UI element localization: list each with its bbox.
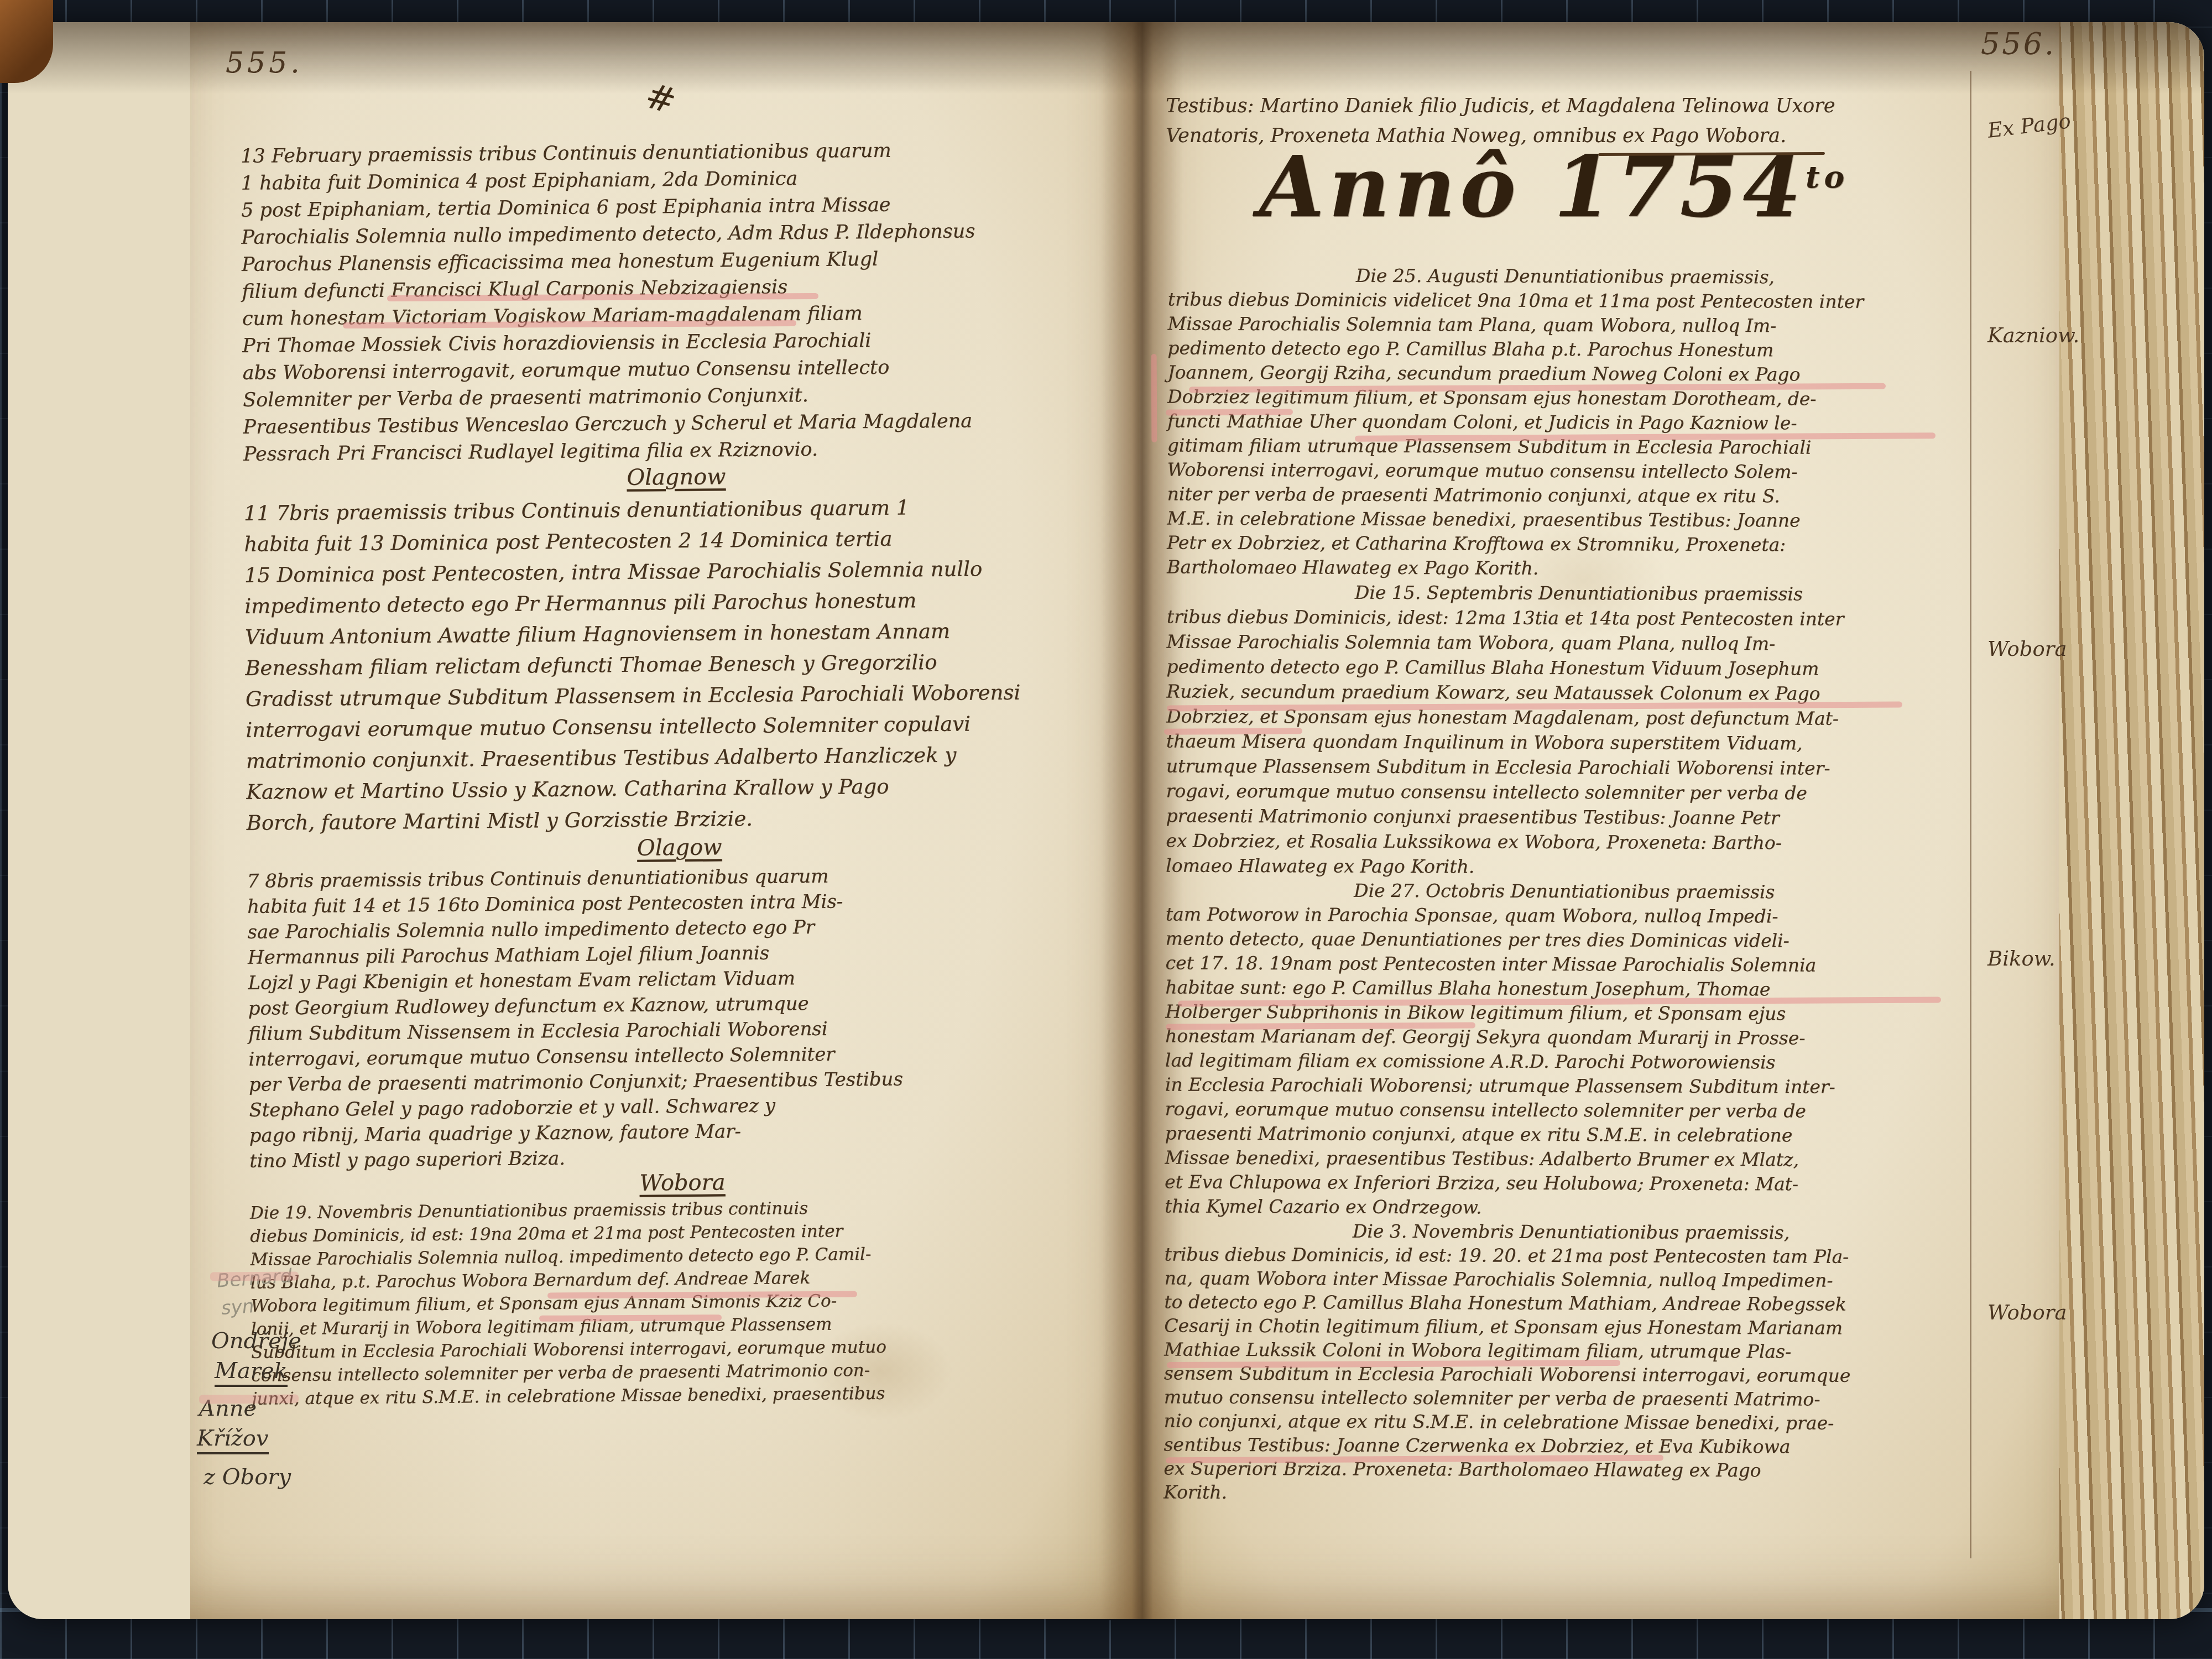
margin-note-wobora-2: Wobora [1987,1301,2067,1324]
text-line: lad legitimam filiam ex comissione A.R.D… [1165,1048,1970,1075]
text-line: pedimento detecto ego P. Camillus Blaha … [1167,336,1972,363]
red-underline-mark [1151,354,1157,442]
text-line: rogavi, eorumque mutuo consensu intellec… [1166,778,1971,806]
right-entry-3: Die 27. Octobris Denuntiationibus praemi… [1165,878,1970,1221]
page-number-right: 556. [1981,27,2056,61]
margin-rule [1970,71,1971,1558]
text-line: in Ecclesia Parochiali Woborensi; utrumq… [1165,1072,1970,1099]
text-line: tam Potworow in Parochia Sponsae, quam W… [1166,902,1970,929]
text-line: Testibus: Martino Daniek filio Judicis, … [1166,91,1968,121]
text-line: M.E. in celebratione Missae benedixi, pr… [1167,506,1971,533]
text-line: thia Kymel Cazario ex Ondrzegow. [1165,1194,1969,1221]
text-line: rogavi, eorumque mutuo consensu intellec… [1165,1097,1970,1124]
left-entry-3: 7 8bris praemissis tribus Continuis denu… [247,861,1115,1174]
red-underline-mark [1164,728,1302,734]
margin-note-wobora-1: Wobora [1987,637,2067,661]
text-line: et Eva Chlupowa ex Inferiori Brziza, seu… [1165,1170,1969,1197]
text-line: Die 15. Septembris Denuntiationibus prae… [1167,579,1971,607]
margin-note-ink: Křížov [197,1426,269,1451]
red-underline-mark [539,1314,722,1322]
left-entry-2: 11 7bris praemissis tribus Continuis den… [244,491,1112,839]
text-line: tribus diebus Dominicis, idest: 12ma 13t… [1167,604,1971,632]
year-superscript: to [1806,159,1849,195]
text-line: Missae benedixi, praesentibus Testibus: … [1165,1145,1969,1172]
text-line: to detecto ego P. Camillus Blaha Honestu… [1164,1290,1969,1316]
right-page-text: Die 25. Augusti Denuntiationibus praemis… [1164,263,1973,1506]
red-underline-mark [199,1395,299,1404]
book-top-shadow [8,22,2204,94]
text-line: praesenti Matrimonio conjunxi, atque ex … [1165,1121,1969,1148]
text-line: Cesarij in Chotin legitimum filium, et S… [1164,1313,1969,1340]
text-line: Woborensi interrogavi, eorumque mutuo co… [1167,457,1972,484]
red-underline-mark [1166,409,1293,415]
margin-note-ink: Ondřeje [211,1328,301,1354]
text-line: Die 27. Octobris Denuntiationibus praemi… [1166,878,1970,905]
left-entry-4: Die 19. Novembris Denuntiationibus praem… [250,1194,1117,1411]
text-line: na, quam Wobora inter Missae Parochialis… [1164,1266,1969,1292]
margin-note-ink: Marek [215,1358,288,1384]
text-line: ex Dobrziez, et Rosalia Lukssikowa ex Wo… [1166,828,1970,855]
right-entry-1: Die 25. Augusti Denuntiationibus praemis… [1167,263,1973,582]
text-line: Die 25. Augusti Denuntiationibus praemis… [1168,263,1973,290]
text-line: Missae Parochialis Solemnia tam Wobora, … [1166,629,1971,656]
margin-note-kazniow: Kazniow. [1987,324,2079,347]
photo-of-open-register-book: 555. 556. # 13 February praemissis tribu… [0,0,2212,1659]
text-line: tribus diebus Dominicis, id est: 19. 20.… [1165,1242,1969,1269]
text-line: mento detecto, quae Denuntiationes per t… [1166,926,1970,953]
margin-note-bikow: Bikow. [1987,947,2056,971]
page-number-left: 555. [226,46,303,80]
left-entry-1: 13 February praemissis tribus Continuis … [241,135,1109,468]
text-line: Missae Parochialis Solemnia tam Plana, q… [1167,311,1972,338]
text-line: praesenti Matrimonio conjunxi praesentib… [1166,803,1970,831]
text-line: tribus diebus Dominicis videlicet 9na 10… [1168,287,1973,314]
text-line: nio conjunxi, atque ex ritu S.M.E. in ce… [1164,1408,1969,1435]
margin-note-underlined: Křížov [197,1426,269,1454]
text-line: Korith. [1164,1480,1968,1506]
text-line: utrumque Plassensem Subditum in Ecclesia… [1166,753,1971,781]
page-stack-edge-left [8,22,191,1619]
anno-word: Annô [1259,137,1520,236]
margin-note-pencil: syn [221,1295,255,1319]
text-line: Bartholomaeo Hlawateg ex Pago Korith. [1167,555,1971,582]
text-line: niter per verba de praesenti Matrimonio … [1167,482,1971,509]
text-line: Die 3. Novembris Denuntiationibus praemi… [1165,1218,1969,1245]
text-line: mutuo consensu intellecto solemniter per… [1164,1385,1969,1411]
text-line: pedimento detecto ego P. Camillus Blaha … [1166,654,1971,681]
margin-note-ink: z Obory [204,1464,291,1490]
red-underline-mark [210,1272,299,1281]
text-line: cet 17. 18. 19nam post Pentecosten inter… [1165,951,1970,978]
margin-note-underlined: Marek [215,1358,288,1387]
page-stack-edge-right [2041,22,2204,1619]
text-line: Petr ex Dobrziez, et Catharina Krofftowa… [1167,530,1971,557]
text-line: lomaeo Hlawateg ex Pago Korith. [1166,853,1970,880]
